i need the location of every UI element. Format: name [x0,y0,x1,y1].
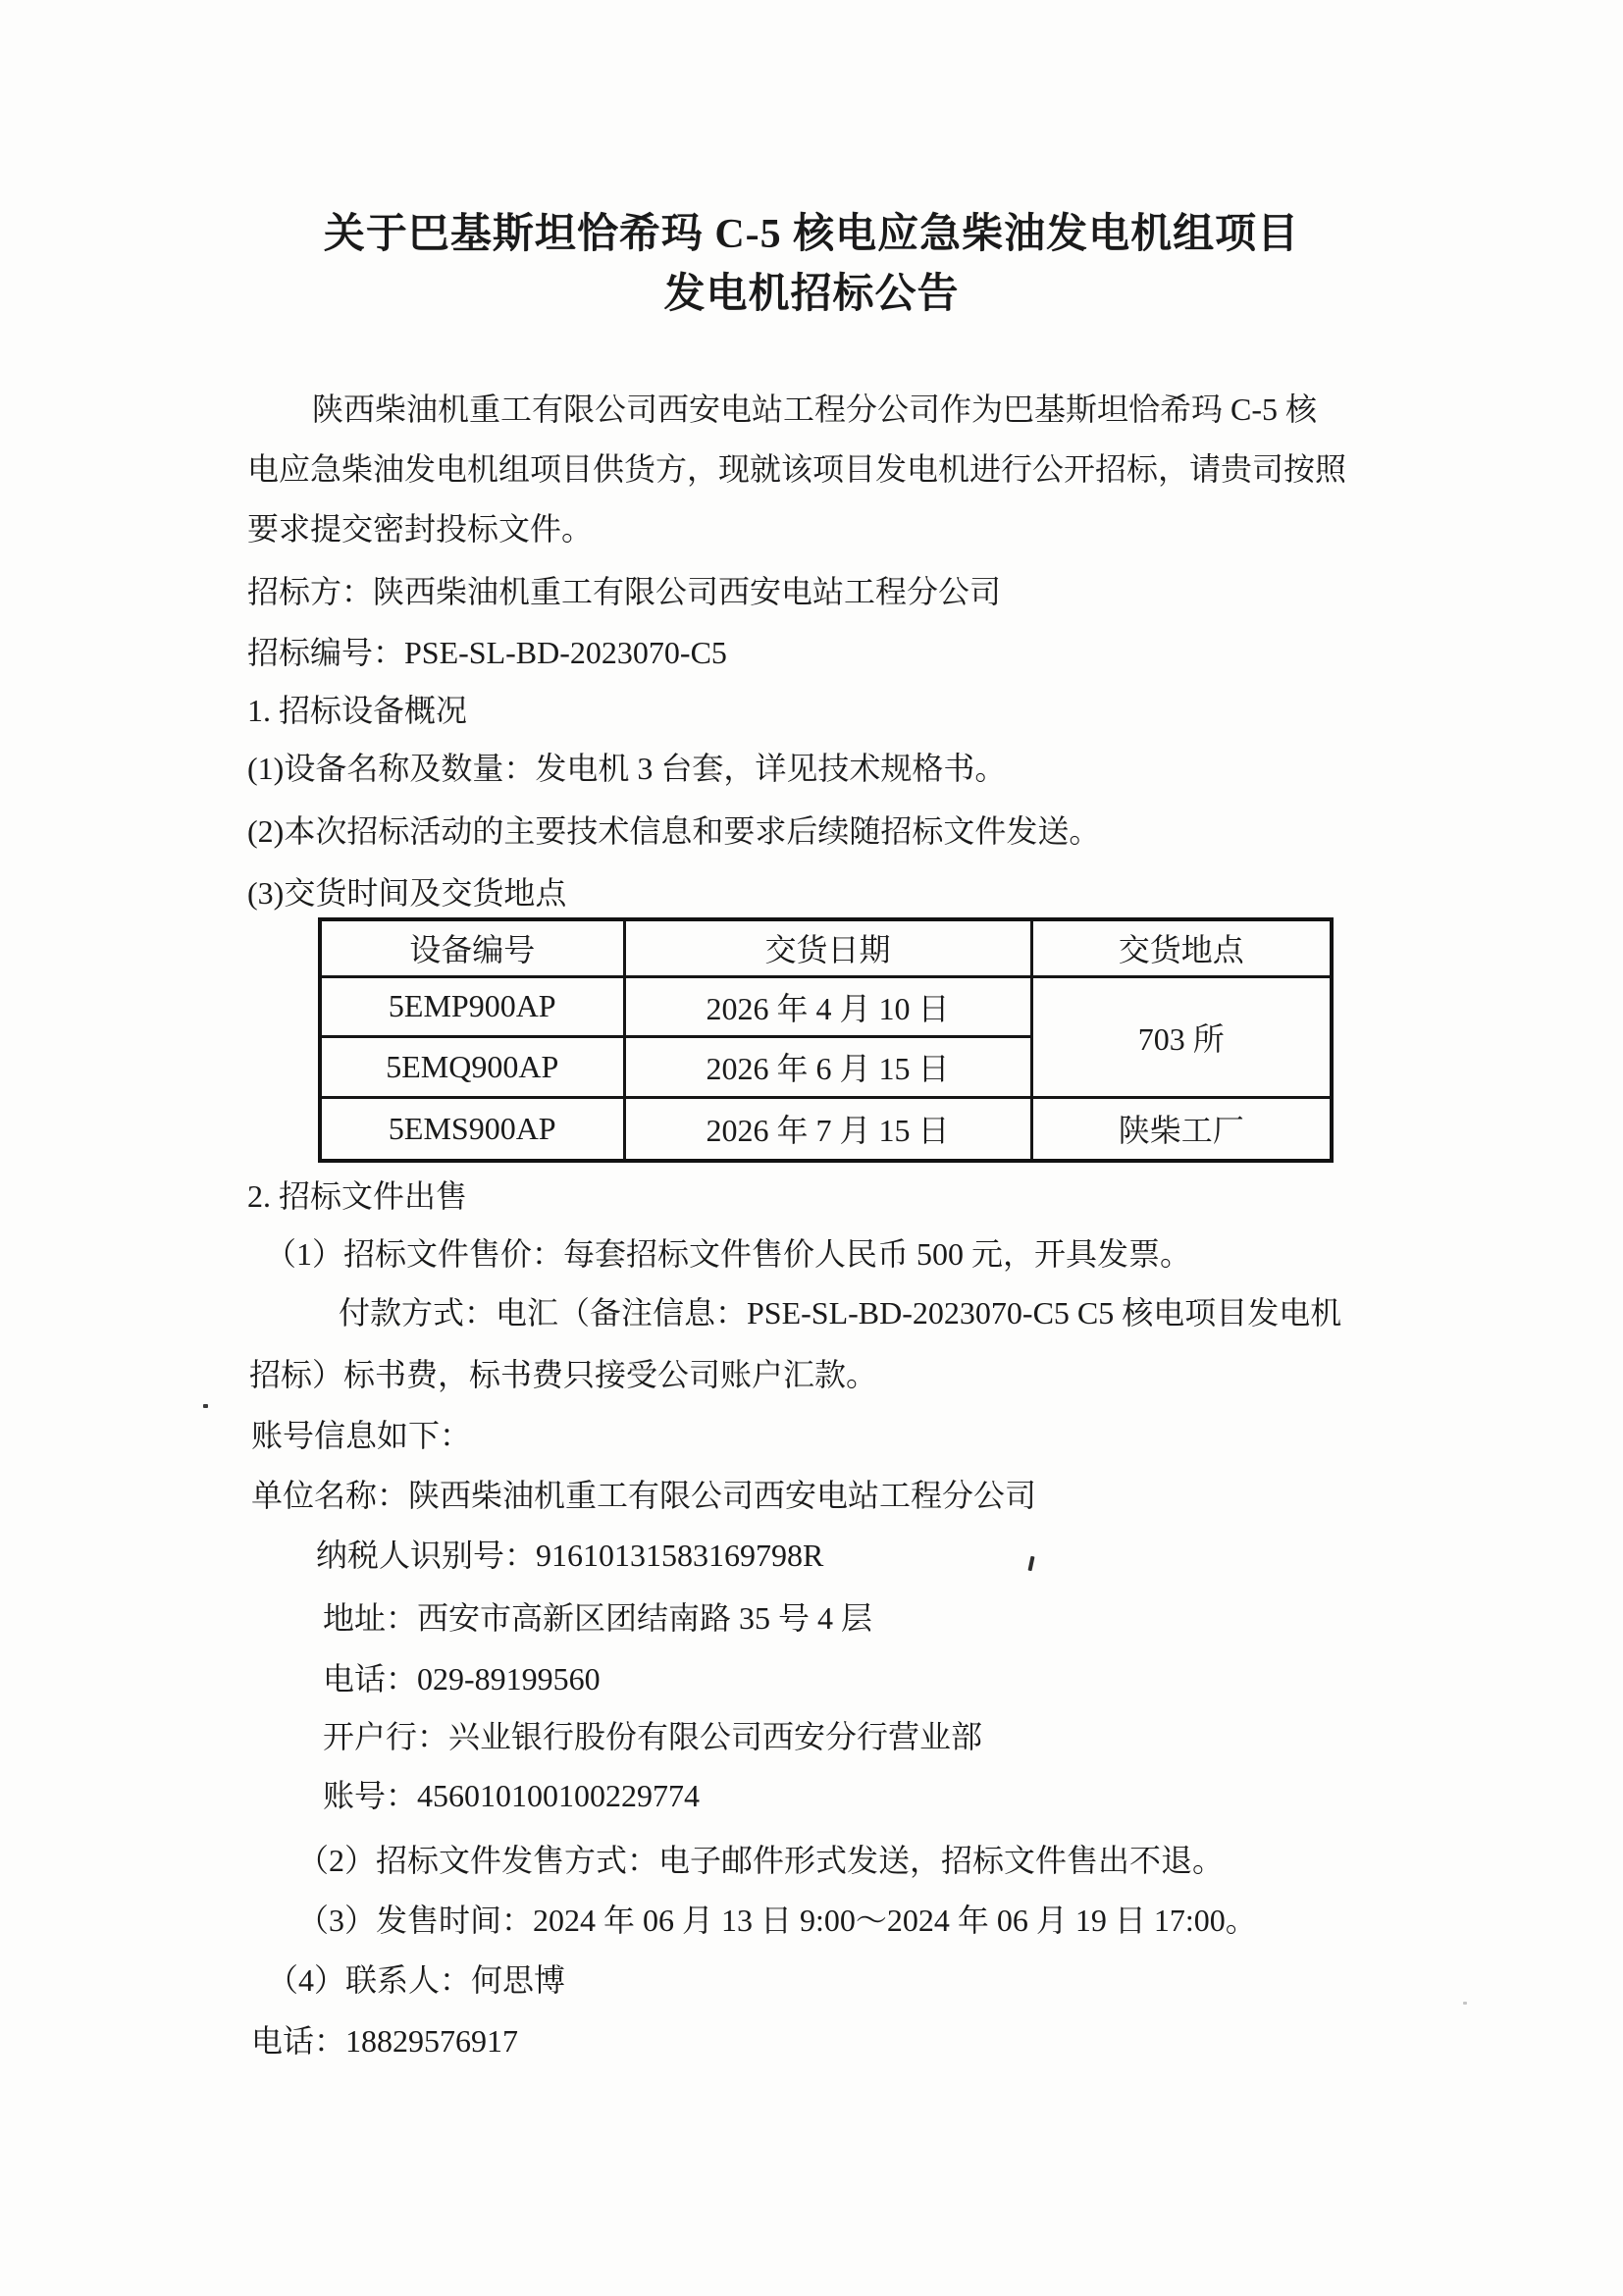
section1-item1: (1)设备名称及数量：发电机 3 台套，详见技术规格书。 [247,751,1006,786]
account-company-name: 单位名称：陕西柴油机重工有限公司西安电站工程分公司 [251,1478,1036,1513]
payment-method-line1: 付款方式：电汇（备注信息：PSE-SL-BD-2023070-C5 C5 核电项… [339,1295,1341,1331]
header-delivery-location: 交货地点 [1031,919,1332,976]
scan-speck [1027,1556,1034,1572]
delivery-location-merged-cell: 703 所 [1031,976,1332,1097]
account-address: 地址：西安市高新区团结南路 35 号 4 层 [323,1600,872,1636]
intro-paragraph-line2: 电应急柴油发电机组项目供货方，现就该项目发电机进行公开招标，请贵司按照 [247,451,1346,487]
header-delivery-date: 交货日期 [624,919,1031,976]
section1-item3: (3)交货时间及交货地点 [247,875,566,911]
tender-party: 招标方：陕西柴油机重工有限公司西安电站工程分公司 [247,574,1001,609]
delivery-location-cell: 陕柴工厂 [1031,1097,1332,1161]
scan-speck [203,1404,208,1408]
delivery-date-cell: 2026 年 7 月 15 日 [624,1097,1031,1161]
section1-heading: 1. 招标设备概况 [247,693,467,728]
contact-phone: 电话：18829576917 [251,2023,518,2059]
document-title-line2: 发电机招标公告 [0,261,1623,320]
table-header-row: 设备编号 交货日期 交货地点 [320,919,1332,976]
section2-heading: 2. 招标文件出售 [247,1178,467,1214]
table-row: 5EMP900AP 2026 年 4 月 10 日 703 所 [320,976,1332,1036]
scan-speck [1463,2002,1467,2005]
device-number-cell: 5EMP900AP [320,976,624,1036]
delivery-date-cell: 2026 年 6 月 15 日 [624,1036,1031,1097]
delivery-schedule-table: 设备编号 交货日期 交货地点 5EMP900AP 2026 年 4 月 10 日… [318,917,1334,1163]
section2-item2: （2）招标文件发售方式：电子邮件形式发送，招标文件售出不退。 [297,1843,1224,1878]
delivery-date-cell: 2026 年 4 月 10 日 [624,976,1031,1036]
payment-method-line2: 招标）标书费，标书费只接受公司账户汇款。 [249,1357,877,1392]
section2-item1: （1）招标文件售价：每套招标文件售价人民币 500 元，开具发票。 [265,1236,1191,1272]
device-number-cell: 5EMQ900AP [320,1036,624,1097]
account-tax-id: 纳税人识别号：91610131583169798R [316,1538,823,1573]
account-bank: 开户行：兴业银行股份有限公司西安分行营业部 [323,1719,982,1754]
section2-item4: （4）联系人：何思博 [267,1962,565,1998]
section2-item3: （3）发售时间：2024 年 06 月 13 日 9:00～2024 年 06 … [297,1903,1257,1938]
section1-item2: (2)本次招标活动的主要技术信息和要求后续随招标文件发送。 [247,813,1100,849]
tender-number: 招标编号：PSE-SL-BD-2023070-C5 [247,635,727,670]
document-title-line1: 关于巴基斯坦恰希玛 C-5 核电应急柴油发电机组项目 [0,201,1623,260]
account-number: 账号：456010100100229774 [323,1778,700,1813]
intro-paragraph-line1: 陕西柴油机重工有限公司西安电站工程分公司作为巴基斯坦恰希玛 C-5 核 [312,391,1317,427]
device-number-cell: 5EMS900AP [320,1097,624,1161]
account-phone: 电话：029-89199560 [323,1661,601,1696]
header-device-number: 设备编号 [320,919,624,976]
table-row: 5EMS900AP 2026 年 7 月 15 日 陕柴工厂 [320,1097,1332,1161]
account-info-intro: 账号信息如下： [251,1418,471,1453]
intro-paragraph-line3: 要求提交密封投标文件。 [247,511,593,547]
scanned-document-page: 关于巴基斯坦恰希玛 C-5 核电应急柴油发电机组项目 发电机招标公告 陕西柴油机… [0,0,1623,2296]
